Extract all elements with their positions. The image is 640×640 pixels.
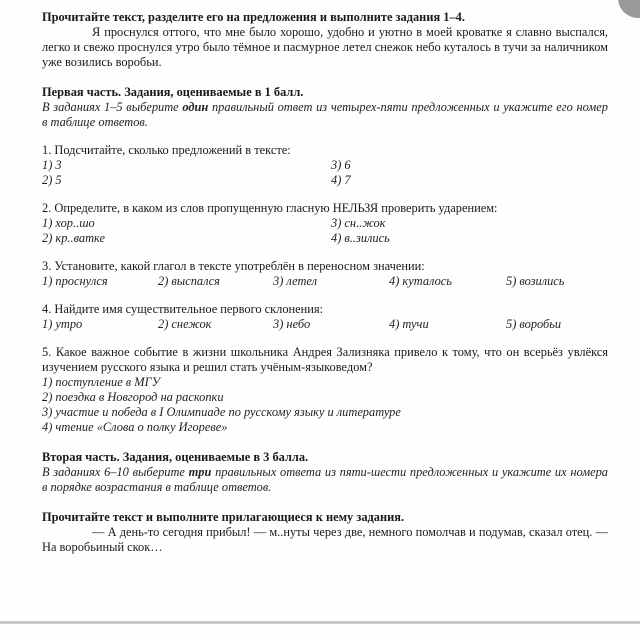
corner-decoration: [618, 0, 640, 18]
worksheet-page: Прочитайте текст, разделите его на предл…: [42, 10, 608, 555]
answer-options: 1) поступление в МГУ 2) поездка в Новгор…: [42, 375, 608, 435]
answer-option: 2) снежок: [158, 317, 273, 332]
answer-option: 3) небо: [273, 317, 389, 332]
answer-options: 1) хор..шо 3) сн..жок 2) кр..ватке 4) в.…: [42, 216, 608, 246]
answer-option: 5) воробьи: [506, 317, 608, 332]
answer-option: 3) летел: [273, 274, 389, 289]
answer-option: 3) участие и победа в I Олимпиаде по рус…: [42, 405, 608, 420]
part2-heading: Вторая часть. Задания, оцениваемые в 3 б…: [42, 450, 608, 465]
answer-option: 2) поездка в Новгород на раскопки: [42, 390, 608, 405]
instruction-text: В заданиях 1–5 выберите: [42, 100, 182, 114]
instruction-text: В заданиях 6–10 выберите: [42, 465, 189, 479]
answer-option: 3) 6: [331, 158, 608, 173]
task-intro-text: Я проснулся оттого, что мне было хорошо,…: [42, 25, 608, 70]
task2-title: Прочитайте текст и выполните прилагающие…: [42, 510, 608, 525]
question-text: 1. Подсчитайте, сколько предложений в те…: [42, 143, 608, 158]
answer-option: 5) возились: [506, 274, 608, 289]
answer-option: 4) в..зились: [331, 231, 608, 246]
question-3: 3. Установите, какой глагол в тексте упо…: [42, 259, 608, 289]
answer-options: 1) утро 2) снежок 3) небо 4) тучи 5) вор…: [42, 317, 608, 332]
answer-option: 4) чтение «Слова о полку Игореве»: [42, 420, 608, 435]
question-text: 3. Установите, какой глагол в тексте упо…: [42, 259, 608, 274]
question-text: 5. Какое важное событие в жизни школьник…: [42, 345, 608, 375]
answer-option: 4) тучи: [389, 317, 506, 332]
page-bottom-divider: [0, 621, 640, 624]
question-5: 5. Какое важное событие в жизни школьник…: [42, 345, 608, 435]
task-intro-title: Прочитайте текст, разделите его на предл…: [42, 10, 608, 25]
question-4: 4. Найдите имя существительное первого с…: [42, 302, 608, 332]
task2-text: — А день-то сегодня прибыл! — м..нуты че…: [42, 525, 608, 555]
answer-options: 1) проснулся 2) выспался 3) летел 4) кут…: [42, 274, 608, 289]
question-text: 4. Найдите имя существительное первого с…: [42, 302, 608, 317]
answer-option: 3) сн..жок: [331, 216, 608, 231]
part2-section: Вторая часть. Задания, оцениваемые в 3 б…: [42, 450, 608, 495]
instruction-emphasis: три: [189, 465, 212, 479]
answer-option: 1) поступление в МГУ: [42, 375, 608, 390]
answer-option: 2) выспался: [158, 274, 273, 289]
answer-option: 4) куталось: [389, 274, 506, 289]
answer-options: 1) 3 3) 6 2) 5 4) 7: [42, 158, 608, 188]
answer-option: 1) проснулся: [42, 274, 158, 289]
answer-option: 2) кр..ватке: [42, 231, 331, 246]
answer-option: 1) хор..шо: [42, 216, 331, 231]
question-text: 2. Определите, в каком из слов пропущенн…: [42, 201, 608, 216]
part1-heading: Первая часть. Задания, оцениваемые в 1 б…: [42, 85, 608, 100]
task2-section: Прочитайте текст и выполните прилагающие…: [42, 510, 608, 555]
part1-section: Первая часть. Задания, оцениваемые в 1 б…: [42, 85, 608, 130]
answer-option: 1) утро: [42, 317, 158, 332]
question-1: 1. Подсчитайте, сколько предложений в те…: [42, 143, 608, 188]
part1-instruction: В заданиях 1–5 выберите один правильный …: [42, 100, 608, 130]
answer-option: 2) 5: [42, 173, 331, 188]
part2-instruction: В заданиях 6–10 выберите три правильных …: [42, 465, 608, 495]
answer-option: 1) 3: [42, 158, 331, 173]
answer-option: 4) 7: [331, 173, 608, 188]
instruction-emphasis: один: [182, 100, 208, 114]
question-2: 2. Определите, в каком из слов пропущенн…: [42, 201, 608, 246]
